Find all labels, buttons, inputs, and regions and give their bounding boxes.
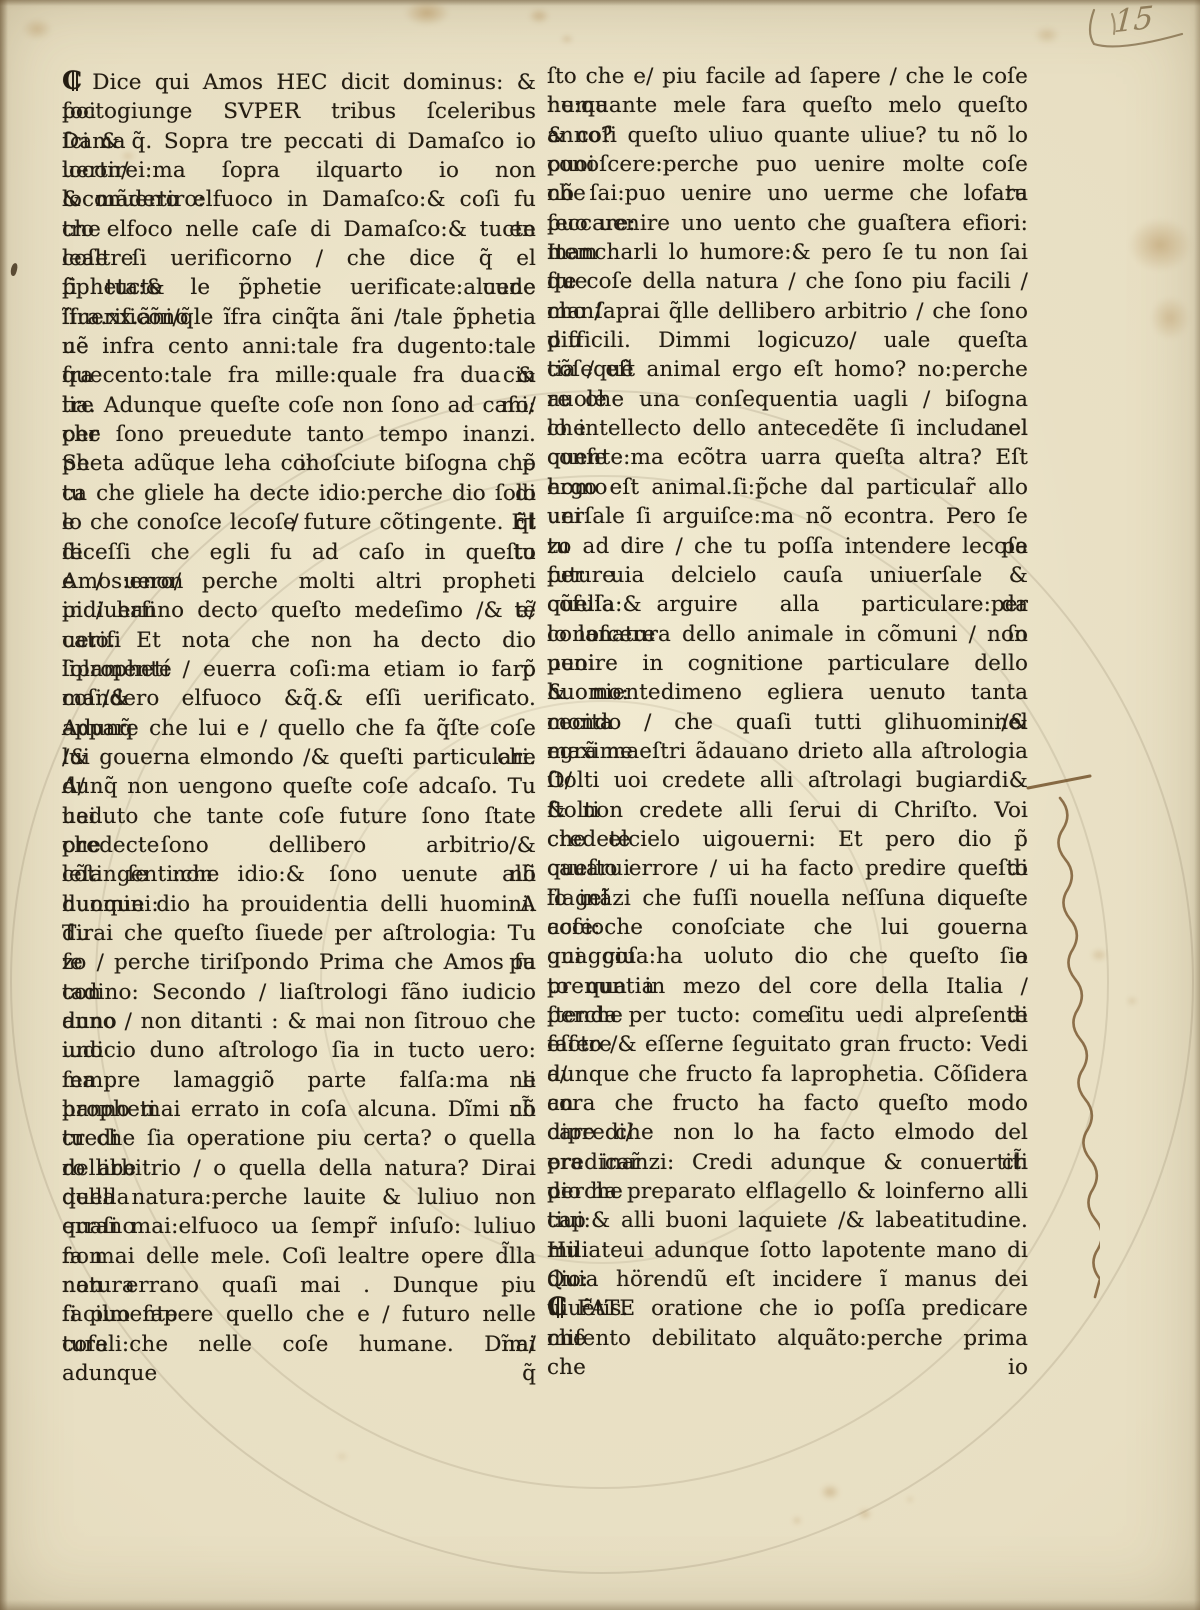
text-line: cho ſaprai q̃lle dellibero arbitrio / ch…: [547, 297, 1028, 326]
text-line: che ſono preuedute tanto tempo inanzi. S…: [62, 420, 536, 449]
marginal-annotation-ink: [1026, 758, 1100, 1338]
text-line: ſtolti uoi credete alli aſtrolagi bugiar…: [547, 766, 1028, 795]
text-line: cato. Et nota che non ha decto dio ſolam…: [62, 626, 536, 655]
text-line: anno / non ditanti : & mai non ſitrouo c…: [62, 1007, 536, 1036]
text-line: lia. Adunque queſte coſe non ſono ad caſ…: [62, 391, 536, 420]
text-line: tadino: Secondo / liaſtrologi fãno iudic…: [62, 978, 536, 1007]
text-line: queſto errore / ui ha facto predire queſ…: [547, 854, 1028, 883]
text-line: gni coſa:ha uoluto dio che queſto ſia pr…: [547, 942, 1028, 971]
text-line: lui gouerna elmondo /& queſti particular…: [62, 743, 536, 772]
text-line: cora che fructo ha facto queſto modo dip…: [547, 1089, 1028, 1118]
page-edge-shadow-top: [0, 0, 1200, 6]
text-line: lo che conoſce lecoſe future cõtingente.…: [62, 508, 536, 537]
text-line: ne:quante mele fara queſto melo queſto a…: [547, 91, 1028, 120]
text-line: diceſſi che egli fu ad caſo in queſto Am…: [62, 538, 536, 567]
text-line: ſoctogiunge SVPER tribus ſceleribus Dama: [62, 97, 536, 126]
text-line: della natura:perche lauite & luliuo non …: [62, 1183, 536, 1212]
text-line: uerſale ſi arguiſce:ma nõ econtra. Pero …: [547, 502, 1028, 531]
text-line: ĩfra.xx.ãni/q̃le ĩfra cinq̃ta ãni /tale …: [62, 303, 536, 332]
text-line: ſte coſe della natura / che ſono piu fac…: [547, 267, 1028, 296]
text-line: pi / hanno decto queſto medeſimo /& e/ u…: [62, 596, 536, 625]
text-line: era inanzi: Credi adunque & conuertiti p…: [547, 1148, 1028, 1177]
text-line: uenire in cognitione particulare dello h…: [547, 649, 1028, 678]
text-line: conoſcere:perche puo uenire molte coſe c…: [547, 150, 1028, 179]
page-edge-shadow-right: [1194, 0, 1200, 1610]
text-line: che ſono dellibero arbitrio/& cõtingenti…: [62, 831, 536, 860]
text-line: che elcielo uigouerni: Et pero dio p̃ ca…: [547, 825, 1028, 854]
text-line: turali:che nelle coſe humane. Dĩmi adunq…: [62, 1330, 536, 1359]
text-line: ca che gliele ha decte idio:perche dio ſ…: [62, 479, 536, 508]
text-line: puo uenire uno uento che guaſtera efiori…: [547, 209, 1028, 238]
text-line: e / uero/ perche molti altri propheti in…: [62, 567, 536, 596]
folio-flourish: [1042, 0, 1192, 64]
text-line: dio ha preparato elflagello & loinferno …: [547, 1177, 1028, 1206]
text-line: egrã maeſtri ãdauano drieto alla aſtrolo…: [547, 737, 1028, 766]
text-line: ſci & q̃. Sopra tre peccati di Damaſco i…: [62, 127, 536, 156]
text-line: lo inãzi che fuſſi nouella neſſuna dique…: [547, 884, 1028, 913]
text-line: ſi tucte le p̃phetie uerificate:alcune ſ…: [62, 273, 536, 302]
text-column-left: CDice qui Amos HEC dicit dominus: & poiſ…: [62, 68, 536, 1359]
incunabulum-page-scan: CDice qui Amos HEC dicit dominus: & poiſ…: [0, 0, 1200, 1610]
text-line: hanno mai errato in coſa alcuna. Dĩmi ch…: [62, 1095, 536, 1124]
text-line: & non credete alli ſerui di Chriſto. Voi…: [547, 796, 1028, 825]
text-line: mandero elfuoco &q̃.& eſſi uerificato. A…: [62, 684, 536, 713]
capitulum-mark: C: [62, 68, 85, 93]
text-line: facto /& eſſerne ſeguitato gran fructo: …: [547, 1030, 1028, 1059]
text-line: tia / eſt animal ergo eſt homo? no:perch…: [547, 355, 1028, 384]
text-column-right: ſto che e/ piu facile ad ſapere / che le…: [547, 62, 1028, 1353]
text-line: liprophetí / euerra coſi:ma etiam io far…: [62, 655, 536, 684]
text-line: fa mai delle mele. Coſi lealtre opere d̃…: [62, 1242, 536, 1271]
text-line: CFATE oratione che io poſſa predicare ch…: [547, 1294, 1028, 1323]
text-line: Quia hörendũ eſt incidere ĩ manus dei ui…: [547, 1265, 1028, 1294]
capitulum-mark: C: [547, 1294, 570, 1319]
text-line: mancharli lo humore:& pero ſe tu non ſai…: [547, 238, 1028, 267]
text-line: quaſi mai:elfuoco ua ſempr̃ inſuſo: luli…: [62, 1212, 536, 1241]
margin-ink-mark: [10, 262, 19, 276]
text-line: care che non lo ha facto elmodo del pred…: [547, 1118, 1028, 1147]
text-line: accioche conoſciate che lui gouerna quag…: [547, 913, 1028, 942]
text-line: re che una conſequentia uagli / biſogna …: [547, 385, 1028, 414]
text-line: nõ ſai:puo uenire uno uerme che lofara ſ…: [547, 179, 1028, 208]
text-line: ergo eſt animal.ſi:p̃che dal particular̃…: [547, 473, 1028, 502]
text-line: dunq̃ non uengono queſte coſe adcaſo. Tu…: [62, 772, 536, 801]
text-line: & coſi queſto uliuo quante uliue? tu nõ …: [547, 121, 1028, 150]
text-line: zo ad dire / che tu poſſa intendere leco…: [547, 532, 1028, 561]
text-line: dunque dio ha prouidentia delli huomini.…: [62, 890, 536, 919]
text-line: non errano quaſi mai . Dunque piu facilm…: [62, 1271, 536, 1300]
text-line: leſa ſe non idio:& ſono uenute alli huom…: [62, 860, 536, 889]
text-line: quente:ma ecõtra uarra queſta altra? Eſt…: [547, 443, 1028, 472]
page-edge-shadow-left: [0, 0, 8, 1610]
folio-number-handwritten: 15: [1042, 0, 1192, 64]
text-line: & nientedimeno egliera uenuto tanta ceci…: [547, 678, 1028, 707]
text-line: zo / perche tiriſpondo Prima che Amos fu…: [62, 948, 536, 977]
text-line: uertirei:ma ſopra ilquarto io non loconu…: [62, 156, 536, 185]
text-line: ueduto che tante coſe future ſono ſtate …: [62, 802, 536, 831]
text-line: ſtenda per tucto: come tu uedi alpreſent…: [547, 1001, 1028, 1030]
text-line: lo lanatura dello animale in cõmuni / no…: [547, 620, 1028, 649]
text-line: mondo / che quaſi tutti glihuomini/& max…: [547, 708, 1028, 737]
text-line: ne infra cento anni:tale fra dugento:tal…: [62, 332, 536, 361]
text-line: coſe ſi uerificorno / che dice q̃ el p̃p…: [62, 244, 536, 273]
text-line: tiui:& alli buoni laquiete /& labeatitud…: [547, 1206, 1028, 1235]
text-line: appare che lui e / quello che fa q̃ſte c…: [62, 714, 536, 743]
text-line: iudicio duno aſtrologo ſia in tucto uero…: [62, 1036, 536, 1065]
text-line: pheta adũque leha conoſciute biſogna che…: [62, 449, 536, 478]
text-line: to qua in mezo del core della Italia / p…: [547, 972, 1028, 1001]
text-line: ro arbitrio / o quella della natura? Dir…: [62, 1154, 536, 1183]
page-edge-shadow-bottom: [0, 1600, 1200, 1610]
text-line: & mãdero elfuoco in Damaſco:& coſi fu ch…: [62, 185, 536, 214]
text-line: CDice qui Amos HEC dicit dominus: & poi: [62, 68, 536, 97]
text-line: dunque che fructo fa laprophetia. Cõſide…: [547, 1060, 1028, 1089]
text-line: quecento:tale fra mille:quale fra dua & …: [62, 361, 536, 390]
text-line: tu che ſia operatione piu certa? o quell…: [62, 1124, 536, 1153]
text-line: per uia delcielo cauſa uniuerſale & cõfu…: [547, 561, 1028, 590]
text-line: ſto che e/ piu facile ad ſapere / che le…: [547, 62, 1028, 91]
text-line: quella arguire alla particulare:per cono…: [547, 590, 1028, 619]
text-line: tro elfoco nelle caſe di Damaſco:& tucte…: [62, 215, 536, 244]
folio-number: 15: [1113, 0, 1155, 40]
text-line: difficili. Dimmi logicuzo/ uale queſta c…: [547, 326, 1028, 355]
text-line: dirai che queſto ſiuede per aſtrologia: …: [62, 919, 536, 948]
text-line: lo intellecto dello antecedẽte ſi includ…: [547, 414, 1028, 443]
text-line: ſempre lamaggiõ parte falſa:ma li prophe…: [62, 1066, 536, 1095]
text-line: miſento debilitato alquãto:perche prima …: [547, 1324, 1028, 1353]
text-line: ſi puo ſapere quello che e / futuro nell…: [62, 1300, 536, 1329]
text-line: miliateui adunque ſotto lapotente mano d…: [547, 1236, 1028, 1265]
